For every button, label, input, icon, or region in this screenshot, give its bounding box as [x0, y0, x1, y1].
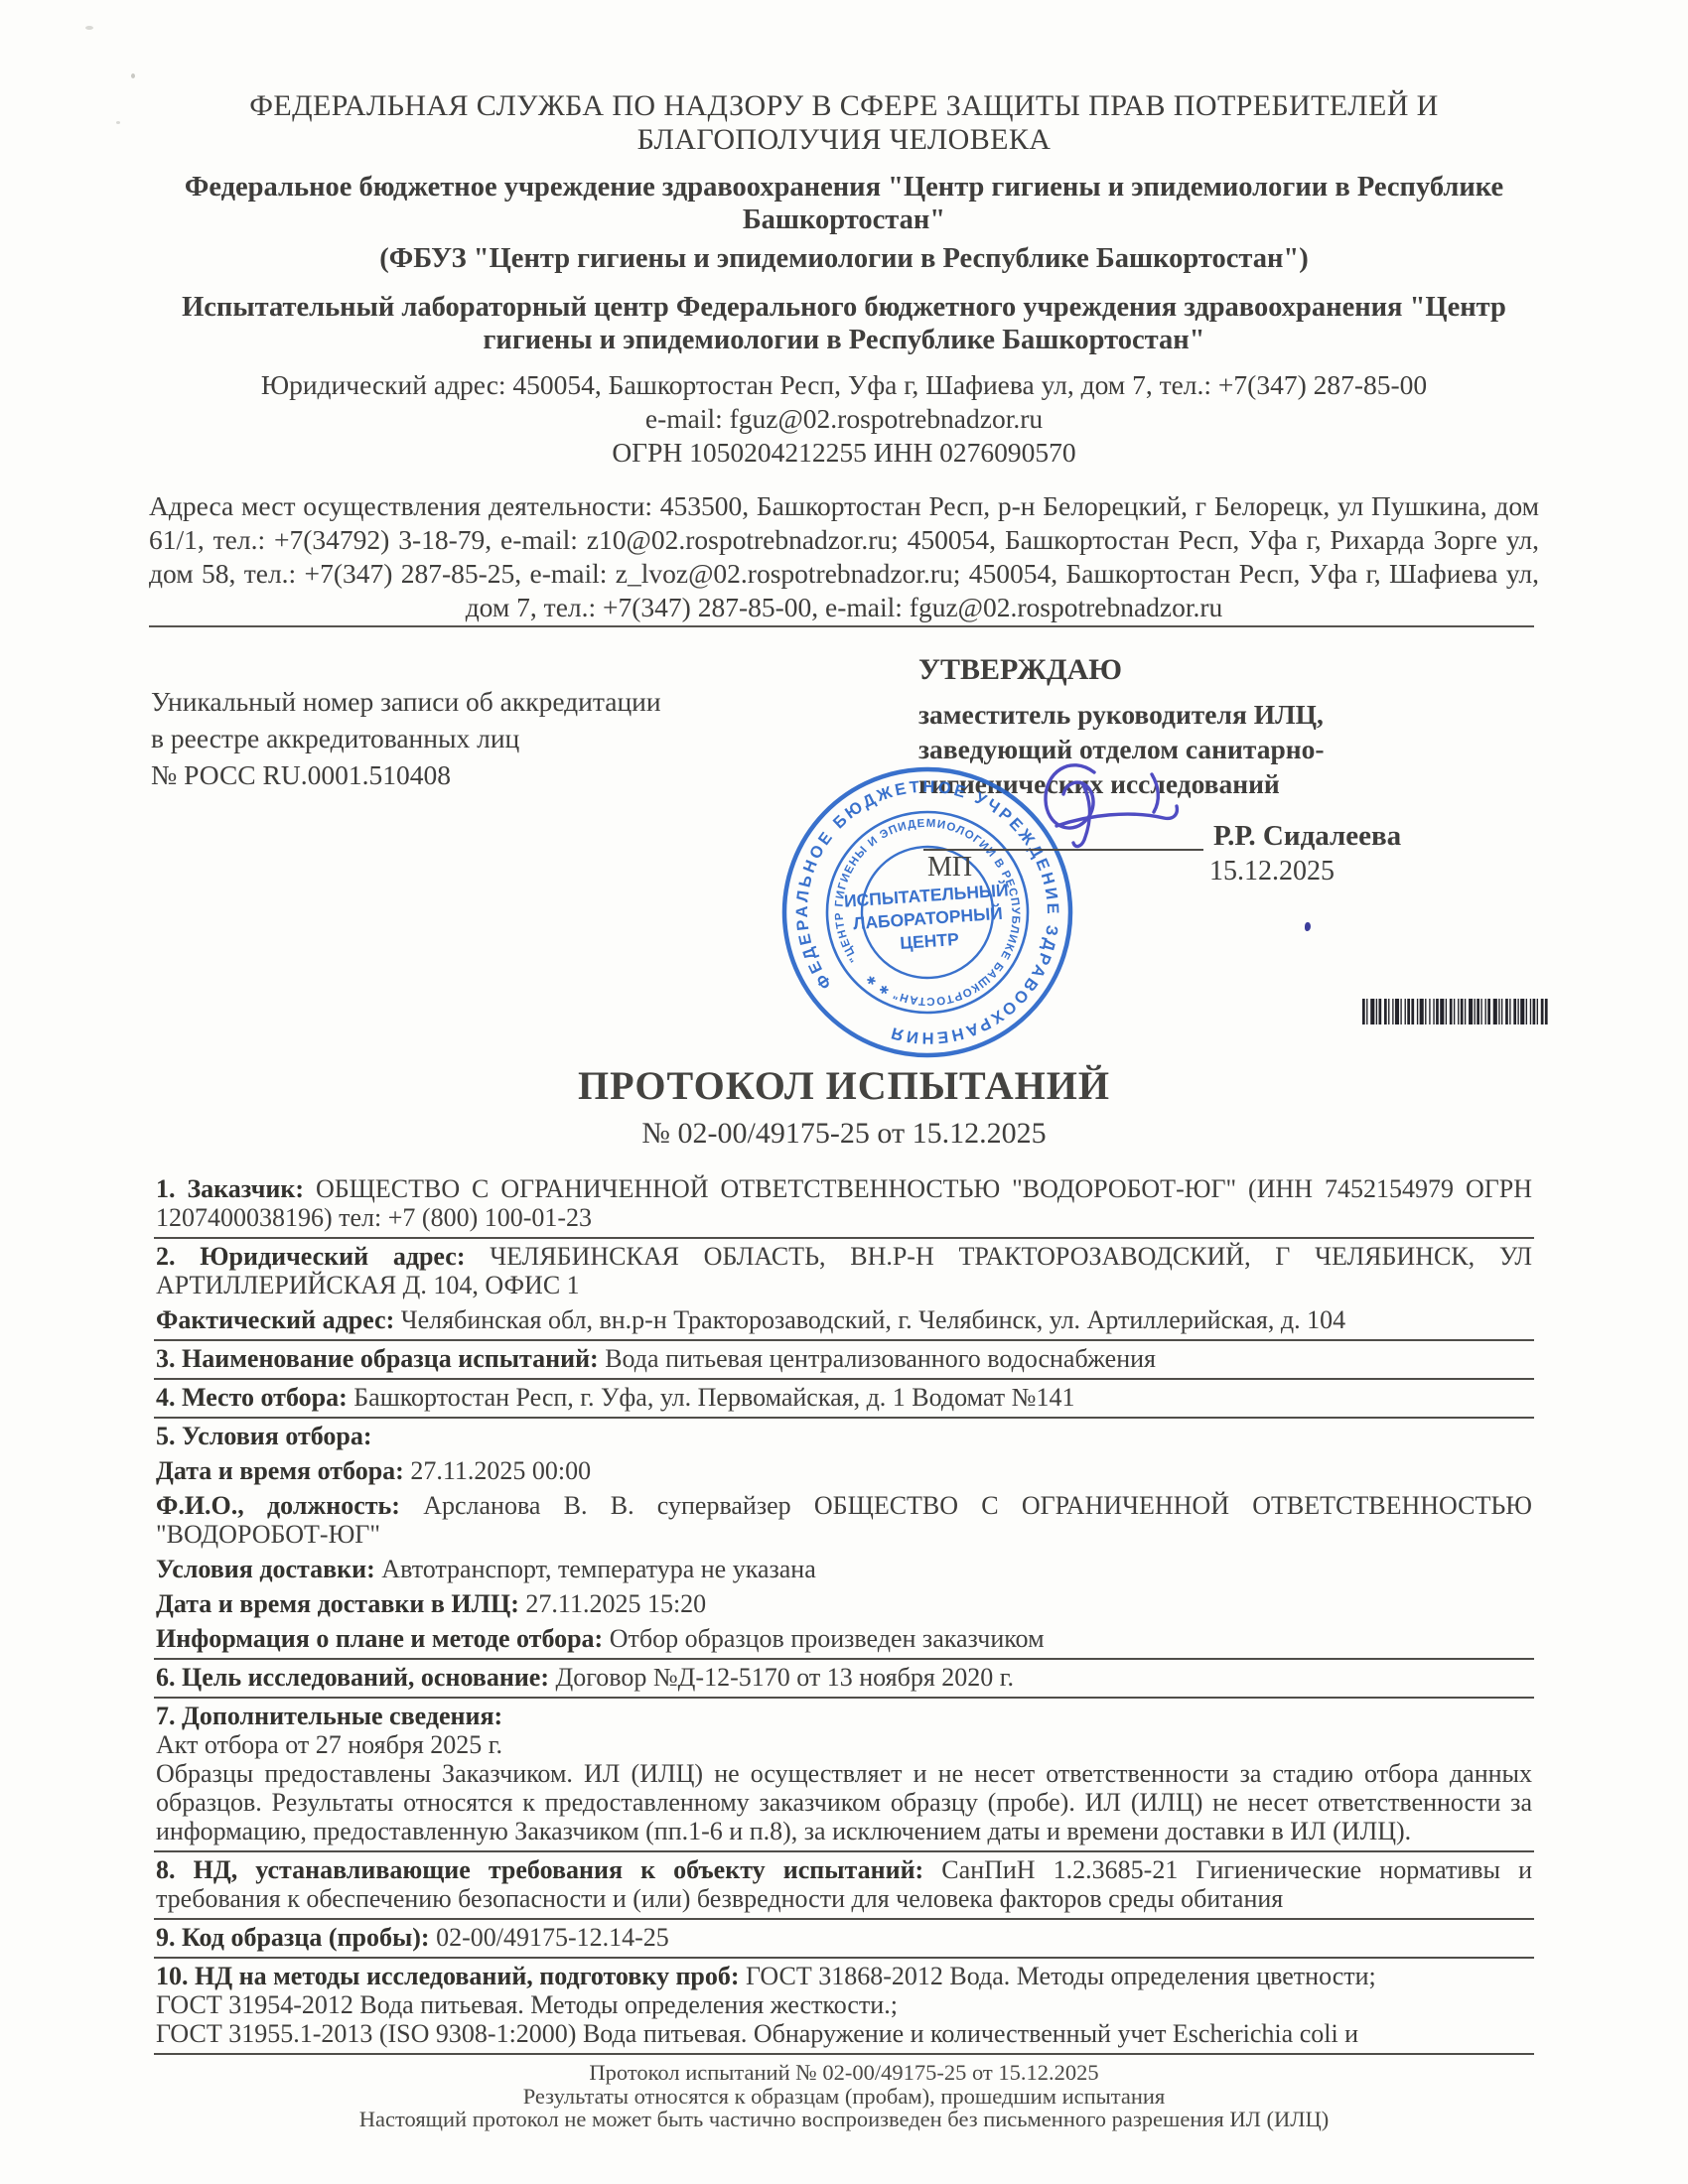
legal-address: Юридический адрес: 450054, Башкортостан … [149, 368, 1539, 402]
protocol-item-row: 8. НД, устанавливающие требования к объе… [156, 1855, 1532, 1913]
protocol-item-row: Ф.И.О., должность: Арсланова В. В. супер… [156, 1491, 1532, 1549]
page-footer: Протокол испытаний № 02-00/49175-25 от 1… [149, 2061, 1539, 2131]
protocol-item-row: 9. Код образца (пробы): 02-00/49175-12.1… [156, 1923, 1532, 1952]
protocol-title-block: ПРОТОКОЛ ИСПЫТАНИЙ № 02-00/49175-25 от 1… [149, 1062, 1539, 1151]
accreditation-line: в реестре аккредитованных лиц [151, 720, 687, 756]
stamp-center-line: ЦЕНТР [900, 929, 960, 953]
agency-title: ФЕДЕРАЛЬНАЯ СЛУЖБА ПО НАДЗОРУ В СФЕРЕ ЗА… [149, 89, 1539, 157]
footer-results-note: Результаты относятся к образцам (пробам)… [149, 2085, 1539, 2109]
protocol-item-row: Информация о плане и методе отбора: Отбо… [156, 1624, 1532, 1653]
org-email: e-mail: fguz@02.rospotrebnadzor.ru [149, 402, 1539, 436]
organization-short-name: (ФБУЗ "Центр гигиены и эпидемиологии в Р… [149, 242, 1539, 275]
protocol-item-row: Дата и время отбора: 27.11.2025 00:00 [156, 1456, 1532, 1485]
protocol-item: 3. Наименование образца испытаний: Вода … [154, 1341, 1534, 1380]
protocol-item-row: ГОСТ 31954-2012 Вода питьевая. Методы оп… [156, 1990, 1532, 2019]
protocol-item-row: 7. Дополнительные сведения: [156, 1702, 1532, 1730]
protocol-item: 9. Код образца (пробы): 02-00/49175-12.1… [154, 1920, 1534, 1959]
signature-line [923, 849, 1203, 851]
activity-addresses: Адреса мест осуществления деятельности: … [149, 489, 1539, 624]
protocol-item: 7. Дополнительные сведения:Акт отбора от… [154, 1699, 1534, 1852]
approval-date: 15.12.2025 [1209, 856, 1335, 887]
scan-speck [131, 73, 135, 78]
protocol-item: 4. Место отбора: Башкортостан Респ, г. У… [154, 1380, 1534, 1419]
protocol-document-page: ФЕДЕРАЛЬНАЯ СЛУЖБА ПО НАДЗОРУ В СФЕРЕ ЗА… [0, 0, 1688, 2184]
testing-lab-center-name: Испытательный лабораторный центр Федерал… [149, 291, 1539, 356]
letterhead: ФЕДЕРАЛЬНАЯ СЛУЖБА ПО НАДЗОРУ В СФЕРЕ ЗА… [149, 89, 1539, 624]
protocol-item-row: 10. НД на методы исследований, подготовк… [156, 1962, 1532, 1990]
protocol-item-row: 6. Цель исследований, основание: Договор… [156, 1663, 1532, 1692]
protocol-item-row: Образцы предоставлены Заказчиком. ИЛ (ИЛ… [156, 1759, 1532, 1845]
protocol-item-row: Условия доставки: Автотранспорт, темпера… [156, 1555, 1532, 1583]
protocol-title: ПРОТОКОЛ ИСПЫТАНИЙ [149, 1062, 1539, 1109]
accreditation-block: Уникальный номер записи об аккредитации … [151, 683, 687, 793]
protocol-item-row: Фактический адрес: Челябинская обл, вн.р… [156, 1305, 1532, 1334]
protocol-item: 2. Юридический адрес: ЧЕЛЯБИНСКАЯ ОБЛАСТ… [154, 1239, 1534, 1341]
footer-reproduction-note: Настоящий протокол не может быть частичн… [149, 2108, 1539, 2131]
protocol-item: 6. Цель исследований, основание: Договор… [154, 1660, 1534, 1699]
ogrn-inn: ОГРН 1050204212255 ИНН 0276090570 [149, 436, 1539, 470]
accreditation-number: № РОСС RU.0001.510408 [151, 756, 687, 793]
protocol-item: 1. Заказчик: ОБЩЕСТВО С ОГРАНИЧЕННОЙ ОТВ… [154, 1171, 1534, 1239]
protocol-item-row: 2. Юридический адрес: ЧЕЛЯБИНСКАЯ ОБЛАСТ… [156, 1242, 1532, 1299]
barcode [1362, 999, 1549, 1024]
organization-full-name: Федеральное бюджетное учреждение здравоо… [149, 171, 1539, 236]
protocol-item-row: Дата и время доставки в ИЛЦ: 27.11.2025 … [156, 1589, 1532, 1618]
handwritten-signature [1033, 752, 1206, 860]
header-divider-line [149, 625, 1534, 627]
items: 1. Заказчик: ОБЩЕСТВО С ОГРАНИЧЕННОЙ ОТВ… [154, 1171, 1534, 2055]
approval-title: УТВЕРЖДАЮ [918, 653, 1475, 687]
protocol-item: 10. НД на методы исследований, подготовк… [154, 1959, 1534, 2055]
protocol-item-row: ГОСТ 31955.1-2013 (ISO 9308-1:2000) Вода… [156, 2019, 1532, 2048]
protocol-item-row: Акт отбора от 27 ноября 2025 г. [156, 1730, 1532, 1759]
seal-place-label: МП [927, 852, 972, 884]
protocol-item: 5. Условия отбора:Дата и время отбора: 2… [154, 1419, 1534, 1660]
footer-protocol-ref: Протокол испытаний № 02-00/49175-25 от 1… [149, 2061, 1539, 2085]
protocol-item-row: 5. Условия отбора: [156, 1422, 1532, 1450]
accreditation-line: Уникальный номер записи об аккредитации [151, 683, 687, 720]
scan-speck [116, 121, 120, 124]
ink-dot [1305, 922, 1311, 931]
protocol-number: № 02-00/49175-25 от 15.12.2025 [149, 1117, 1539, 1151]
approver-name: Р.Р. Сидалеева [1213, 820, 1401, 853]
protocol-item-row: 1. Заказчик: ОБЩЕСТВО С ОГРАНИЧЕННОЙ ОТВ… [156, 1174, 1532, 1232]
protocol-item-row: 3. Наименование образца испытаний: Вода … [156, 1344, 1532, 1373]
protocol-item-row: 4. Место отбора: Башкортостан Респ, г. У… [156, 1383, 1532, 1412]
scan-speck [85, 26, 93, 30]
protocol-item: 8. НД, устанавливающие требования к объе… [154, 1852, 1534, 1920]
